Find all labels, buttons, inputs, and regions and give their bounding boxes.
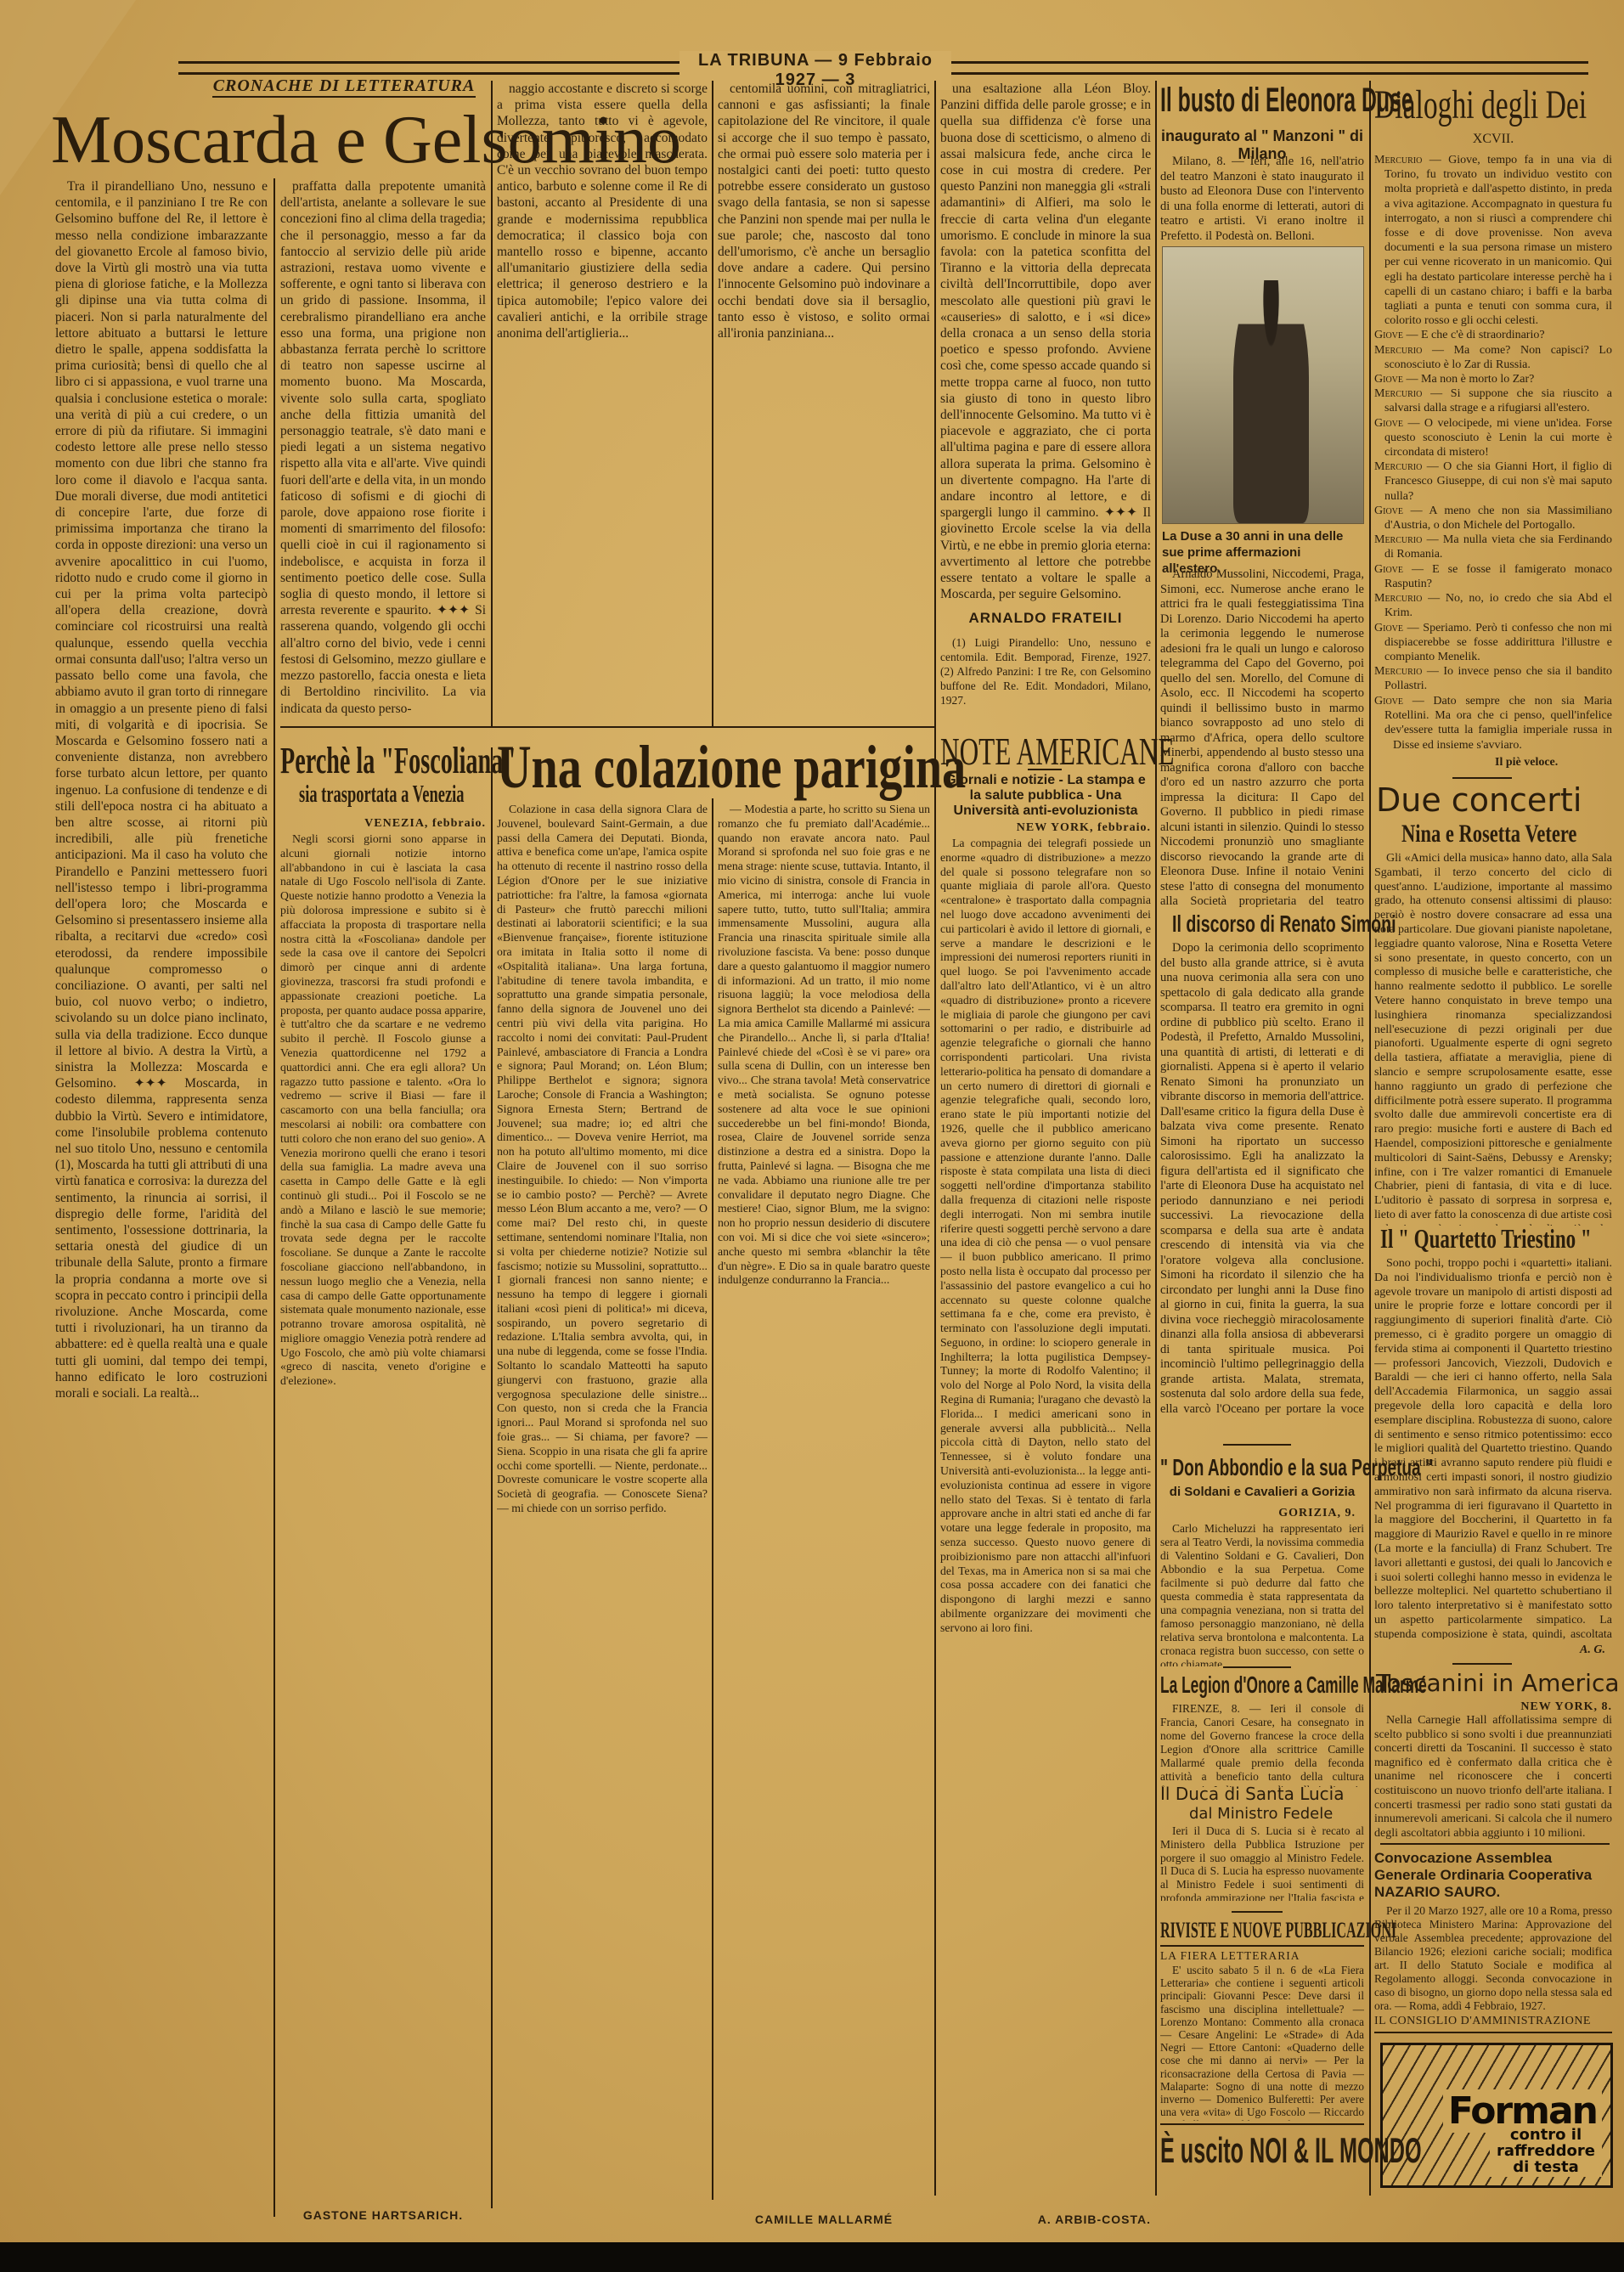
section-rule <box>1380 1843 1610 1845</box>
riviste-title: RIVISTE E NUOVE PUBBLICAZIONI <box>1160 1918 1396 1943</box>
article-body-col3: naggio accostante e discreto si scorge a… <box>497 81 708 722</box>
speaker: Giove <box>1374 505 1403 517</box>
section-rule <box>1374 2032 1612 2033</box>
dialogue-line: Giove — Speriamo. Però ti confesso che n… <box>1374 621 1612 665</box>
duse-photo <box>1162 246 1364 524</box>
duse-body: Arnaldo Mussolini, Niccodemi, Praga, Sim… <box>1160 567 1364 907</box>
duca-subtitle: dal Ministro Fedele <box>1189 1805 1333 1823</box>
note-americane-subtitle: Giornali e notizie - La stampa e la salu… <box>940 773 1151 819</box>
dialoghi-closing: Disse ed insieme s'avviaro. <box>1393 739 1522 753</box>
speaker: Mercurio <box>1374 592 1422 605</box>
footnotes: (1) Luigi Pirandello: Uno, nessuno e cen… <box>940 635 1151 712</box>
section-rule <box>280 726 934 728</box>
concerti-signature: A. G. <box>1580 1643 1605 1657</box>
section-kicker: CRONACHE DI LETTERATURA <box>212 76 476 98</box>
colazione-body-col1: Colazione in casa della signora Clara de… <box>497 803 708 2204</box>
dialogue-line: Mercurio — O che sia Gianni Hort, il fig… <box>1374 459 1612 504</box>
toscanini-body: Nella Carnegie Hall affollatissima sempr… <box>1374 1714 1612 1841</box>
note-americane-title: NOTE AMERICANE <box>940 729 1174 774</box>
column-rule <box>273 178 275 2217</box>
colazione-body-col2: — Modestia a parte, ho scritto su Siena … <box>718 803 930 2179</box>
ad-tagline: contro il raffreddore di testa <box>1490 2125 1602 2177</box>
quartetto-body: Sono pochi, troppo pochi i «quartetti» i… <box>1374 1257 1612 1639</box>
speaker: Mercurio <box>1374 387 1422 400</box>
dialogue-line: Giove — A meno che non sia Massimiliano … <box>1374 504 1612 533</box>
riviste-body: E' uscito sabato 5 il n. 6 de «La Fiera … <box>1160 1964 1364 2121</box>
column-rule <box>1369 81 1371 2196</box>
foscoliana-dateline: VENEZIA, febbraio. <box>280 815 486 832</box>
note-americane-byline: A. ARBIB-COSTA. <box>940 2213 1151 2226</box>
don-abbondio-body: Carlo Micheluzzi ha rappresentato ieri s… <box>1160 1522 1364 1666</box>
dialogue-line: Giove — E che c'è di straordinario? <box>1374 328 1612 342</box>
duse-subhead: Il discorso di Renato Simoni <box>1172 910 1396 938</box>
article-body-col2: praffatta dalla prepotente umanità dell'… <box>280 178 486 722</box>
dialogue-line: Giove — E se fosse il famigerato monaco … <box>1374 562 1612 591</box>
dialogue-line: Mercurio — Io invece penso che sia il ba… <box>1374 664 1612 693</box>
foscoliana-byline: GASTONE HARTSARICH. <box>280 2208 486 2222</box>
speaker: Giove <box>1374 563 1403 576</box>
section-rule <box>1452 777 1512 779</box>
article-body-col5: una esaltazione alla Léon Bloy. Panzini … <box>940 81 1151 607</box>
speaker: Giove <box>1374 695 1403 708</box>
scan-border <box>0 2242 1624 2272</box>
quartetto-title: Il " Quartetto Triestino " <box>1380 1223 1592 1254</box>
section-rule <box>1028 769 1062 770</box>
article-body-col4: centomila uomini, con mitragliatrici, ca… <box>718 81 930 722</box>
convocazione-title: Convocazione Assemblea Generale Ordinari… <box>1374 1850 1612 1901</box>
dialoghi-title: Dialoghi degli Dei <box>1374 82 1587 128</box>
byline: ARNALDO FRATEILI <box>940 610 1151 627</box>
section-rule <box>1223 1444 1291 1446</box>
section-rule <box>1223 1666 1291 1668</box>
note-americane-dateline: NEW YORK, febbraio. <box>940 820 1151 836</box>
don-abbondio-subtitle: di Soldani e Cavalieri a Gorizia <box>1160 1485 1364 1499</box>
dialogue-line: Giove — Ma non è morto lo Zar? <box>1374 372 1612 386</box>
duca-body: Ieri il Duca di S. Lucia si è recato al … <box>1160 1824 1364 1901</box>
note-americane-body: La compagnia dei telegrafi possiede un e… <box>940 837 1151 2208</box>
dialogue-line: Mercurio — Giove, tempo fa in una via di… <box>1374 153 1612 328</box>
duse-lead: Milano, 8. — Ieri, alle 16, nell'atrio d… <box>1160 155 1364 240</box>
toscanini-dateline: NEW YORK, 8. <box>1374 1699 1612 1715</box>
speaker: Mercurio <box>1374 344 1422 357</box>
dialogue-line: Mercurio — No, no, io credo che sia Abd … <box>1374 591 1612 620</box>
noi-il-mondo-promo[interactable]: È uscito NOI & IL MONDO <box>1160 2130 1422 2171</box>
dialogue-line: Giove — Dato sempre che non sia Maria Ro… <box>1374 694 1612 739</box>
column-rule <box>491 747 493 2208</box>
portrait-figure <box>1233 280 1310 523</box>
section-rule <box>1452 1663 1512 1665</box>
legion-title: La Legion d'Onore a Camille Mallarmé <box>1160 1672 1427 1699</box>
article-body-col1: Tra il pirandelliano Uno, nessuno e cent… <box>55 178 268 2217</box>
speaker: Mercurio <box>1374 533 1422 546</box>
colazione-title: Una colazione parigina <box>497 732 966 803</box>
column-rule <box>712 81 713 726</box>
foscoliana-subtitle: sia trasportata a Venezia <box>299 781 465 809</box>
concerti-body: Gli «Amici della musica» hanno dato, all… <box>1374 852 1612 1226</box>
duca-title: Il Duca di Santa Lucia <box>1160 1784 1344 1804</box>
dialogue-line: Mercurio — Ma come? Non capisci? Lo scon… <box>1374 343 1612 372</box>
dialoghi-body: Mercurio — Giove, tempo fa in una via di… <box>1374 153 1612 739</box>
riviste-heading: LA FIERA LETTERARIA <box>1160 1949 1300 1963</box>
newspaper-page: LA TRIBUNA — 9 Febbraio 1927 — 3 CRONACH… <box>0 0 1624 2242</box>
legion-body: FIRENZE, 8. — Ieri il console di Francia… <box>1160 1702 1364 1787</box>
dialoghi-number: XCVII. <box>1374 132 1612 147</box>
concerti-subtitle: Nina e Rosetta Vetere <box>1401 820 1576 848</box>
dialoghi-signature: Il piè veloce. <box>1495 756 1558 770</box>
duse-body-2: Dopo la cerimonia dello scoprimento del … <box>1160 941 1364 1417</box>
column-rule <box>1155 81 1157 2196</box>
speaker: Mercurio <box>1374 154 1422 166</box>
foscoliana-body: Negli scorsi giorni sono apparse in alcu… <box>280 832 486 2200</box>
don-abbondio-title: " Don Abbondio e la sua Perpetua " <box>1160 1454 1433 1481</box>
column-rule <box>712 798 713 2200</box>
convocazione-body: Per il 20 Marzo 1927, alle ore 10 a Roma… <box>1374 1904 1612 2015</box>
dialogue-line: Giove — O velocipede, mi viene un'idea. … <box>1374 416 1612 460</box>
dialogue-line: Mercurio — Si suppone che sia riuscito a… <box>1374 386 1612 415</box>
section-rule <box>1160 2123 1364 2125</box>
speaker: Giove <box>1374 417 1403 430</box>
foscoliana-title: Perchè la "Foscoliana" <box>280 739 516 782</box>
convocazione-signature: IL CONSIGLIO D'AMMINISTRAZIONE <box>1374 2015 1591 2028</box>
speaker: Mercurio <box>1374 460 1422 473</box>
concerti-title: Due concerti <box>1376 781 1582 819</box>
column-rule <box>934 81 936 2196</box>
speaker: Mercurio <box>1374 665 1422 678</box>
don-abbondio-dateline: GORIZIA, 9. <box>1160 1505 1356 1521</box>
speaker: Giove <box>1374 373 1403 386</box>
colazione-byline: CAMILLE MALLARMÉ <box>718 2213 930 2226</box>
section-rule <box>1160 1945 1364 1947</box>
speaker: Giove <box>1374 622 1403 634</box>
speaker: Giove <box>1374 329 1403 341</box>
dialogue-line: Mercurio — Ma nulla vieta che sia Ferdin… <box>1374 533 1612 561</box>
section-rule <box>1232 1911 1283 1913</box>
